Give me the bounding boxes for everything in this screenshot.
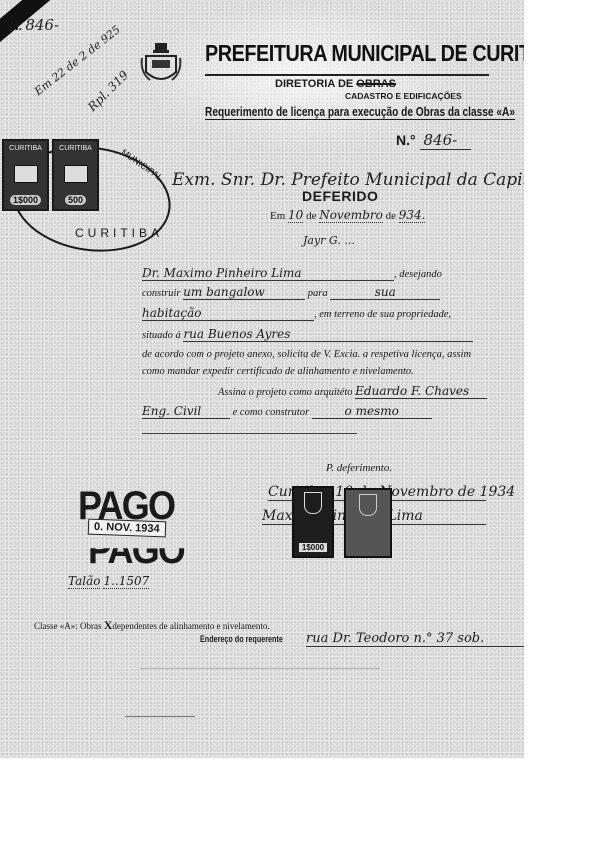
certificate-text: como mandar expedir certificado de alinh… [142, 366, 414, 377]
revenue-stamp-1-value: 1$000 [299, 543, 327, 552]
top-left-number-value: 846- [25, 16, 59, 34]
institution-title: PREFEITURA MUNICIPAL DE CURITIBA [205, 40, 524, 67]
shield-emblem-icon [304, 492, 322, 514]
approval-initials: Jayr G. ... [303, 234, 355, 247]
request-number: N.° 846- [396, 131, 471, 149]
construction-line: construir um bangalow para sua [142, 285, 440, 300]
purpose-line: habitação, em terreno de sua propriedade… [142, 306, 451, 321]
agreement-text: de acordo com o projeto anexo, solicita … [142, 349, 471, 360]
fiscal-stamp-1: CURITIBA 1$000 [2, 139, 49, 211]
purpose-1: sua [330, 285, 440, 300]
directorate-replacement: CADASTRO E EDIFICAÇÕES [345, 91, 462, 101]
receipt-number-value: 1..1507 [103, 574, 149, 589]
signature-rule [142, 433, 357, 434]
architect-name: Eduardo F. Chaves [355, 384, 487, 399]
address-value: rua Dr. Teodoro n.° 37 sob. [306, 631, 524, 647]
faint-rule [140, 668, 380, 669]
applicant-line: Dr. Maximo Pinheiro Lima, desejando [142, 266, 442, 281]
revenue-stamp-2 [344, 488, 392, 558]
fiscal-stamp-2: CURITIBA 500 [52, 139, 99, 211]
request-number-value: 846- [420, 131, 472, 150]
approval-status-stamp: DEFERIDO [302, 188, 378, 204]
purpose-2: habitação [142, 306, 314, 321]
closing-deferimento: P. deferimento. [326, 462, 392, 474]
architect-title: Eng. Civil [142, 404, 230, 419]
directorate-line: DIRETORIA DE OBRAS [275, 78, 396, 90]
revenue-stamp-1: 1$000 [292, 486, 334, 558]
architect-line: Assina o projeto como arquitéto Eduardo … [218, 384, 487, 399]
approval-date: Em 10 de Novembro de 934. [270, 208, 425, 222]
applicant-address: Endereço do requerente rua Dr. Teodoro n… [200, 631, 524, 647]
receipt-number: Talão 1..1507 [68, 574, 149, 589]
stamp-emblem-icon [14, 165, 38, 183]
applicant-name: Dr. Maximo Pinheiro Lima [142, 266, 394, 281]
fiscal-stamp-2-value: 500 [65, 195, 86, 205]
paid-stamp-date: 0. NOV. 1934 [88, 519, 166, 538]
request-title: Requerimento de licença para execução de… [205, 104, 515, 119]
struck-directorate: OBRAS [356, 78, 396, 90]
location-value: rua Buenos Ayres [183, 327, 473, 342]
shield-emblem-icon [359, 494, 377, 516]
fiscal-stamp-1-value: 1$000 [10, 195, 41, 205]
construction-type: um bangalow [183, 285, 305, 300]
builder-name: o mesmo [312, 404, 432, 419]
diagonal-handwritten-reference: Rpl. 319 [85, 68, 131, 114]
title-rule [205, 74, 489, 76]
top-left-number: N. 846- [10, 16, 59, 34]
faint-mark [125, 716, 195, 717]
location-line: situado á rua Buenos Ayres [142, 327, 473, 342]
stamp-emblem-icon [64, 165, 88, 183]
paid-stamp: PAGO PAGO 0. NOV. 1934 [78, 490, 188, 580]
builder-line: Eng. Civil e como construtor o mesmo [142, 404, 432, 419]
salutation: Exm. Snr. Dr. Prefeito Municipal da Capi… [172, 170, 524, 190]
scanned-document-page: N. 846- Em 22 de 2 de 925 Rpl. 319 PREFE… [0, 0, 524, 758]
seal-text-bottom: CURITIBA [75, 226, 163, 240]
coat-of-arms-icon [140, 42, 182, 88]
